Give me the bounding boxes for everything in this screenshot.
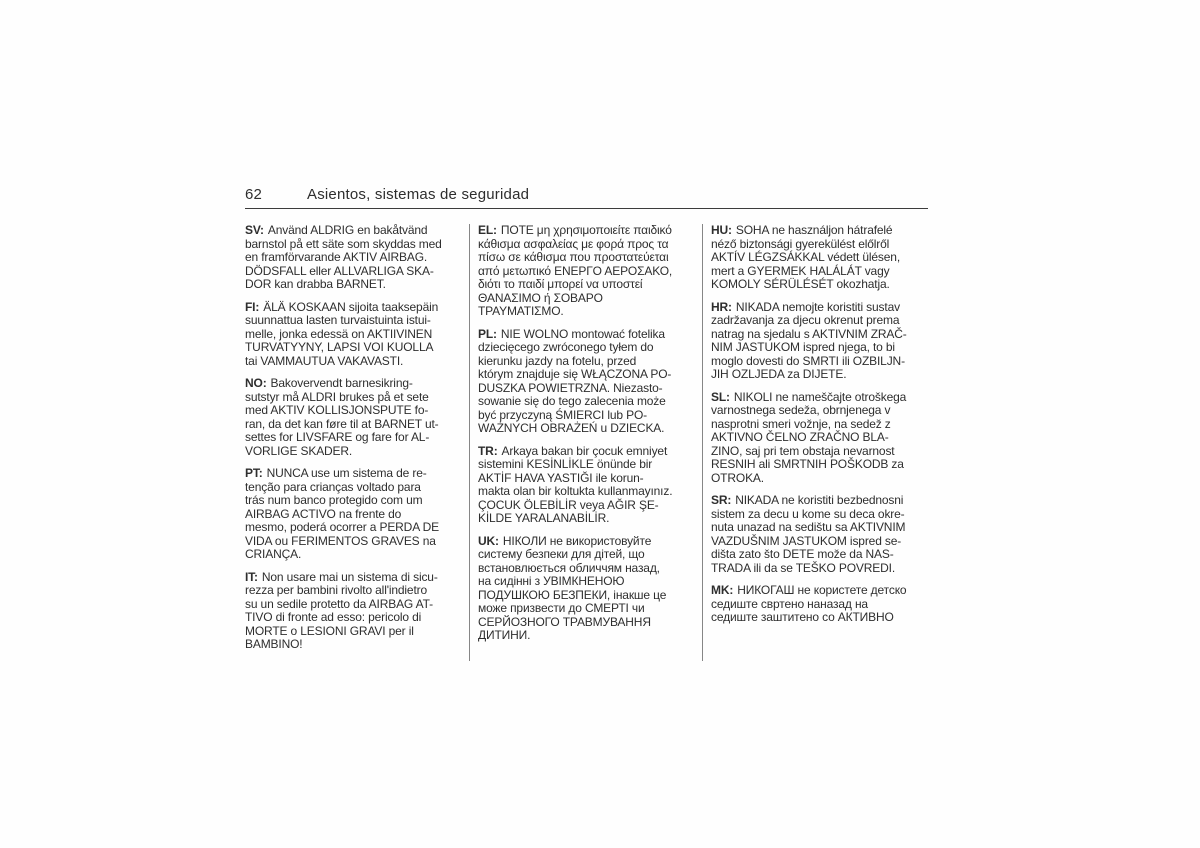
warning-text-lines: κάθισμα ασφαλείας με φορά προς τα πίσω σ… — [478, 238, 695, 319]
warning-text-lines: tenção para crianças voltado para trás n… — [245, 481, 462, 562]
warning-paragraph-hr: HR:NIKADA nemojte koristiti sustavzadrža… — [711, 301, 928, 382]
language-code: TR: — [478, 444, 498, 458]
warning-text-lines: sistemini KESİNLİKLE önünde bir AKTİF HA… — [478, 458, 695, 526]
warning-text-lines: suunnattua lasten turvaistuinta istui- m… — [245, 314, 462, 368]
warning-text-lines: barnstol på ett säte som skyddas med en … — [245, 238, 462, 292]
language-code: SR: — [711, 493, 731, 507]
warning-column-3: HU:SOHA ne használjon hátrafelénéző bizt… — [702, 224, 928, 661]
warning-columns: SV:Använd ALDRIG en bakåtvändbarnstol på… — [245, 224, 928, 661]
warning-text-lines: zadržavanja za djecu okrenut prema natra… — [711, 314, 928, 382]
warning-first-line: Använd ALDRIG en bakåtvänd — [268, 223, 428, 237]
warning-first-line: NIKADA ne koristiti bezbednosni — [735, 493, 903, 507]
language-code: EL: — [478, 223, 497, 237]
language-code: PT: — [245, 466, 263, 480]
language-code: FI: — [245, 300, 259, 314]
warning-paragraph-hu: HU:SOHA ne használjon hátrafelénéző bizt… — [711, 224, 928, 292]
warning-first-line: НІКОЛИ не використовуйте — [503, 534, 651, 548]
manual-page-background: { "colors": { "ink": "#2e2e2e", "divider… — [0, 0, 1200, 848]
warning-paragraph-sl: SL:NIKOLI ne nameščajte otroškegavarnost… — [711, 391, 928, 486]
warning-text-lines: rezza per bambini rivolto all'indietro s… — [245, 584, 462, 652]
warning-first-line: НИКОГАШ не користете детско — [737, 583, 906, 597]
warning-text-lines: varnostnega sedeža, obrnjenega v nasprot… — [711, 404, 928, 485]
page-content: 62 Asientos, sistemas de seguridad SV:An… — [245, 186, 928, 661]
warning-column-2: EL:ΠΟΤΕ μη χρησιμοποιείτε παιδικόκάθισμα… — [469, 224, 695, 661]
warning-first-line: ΠΟΤΕ μη χρησιμοποιείτε παιδικό — [501, 223, 672, 237]
language-code: PL: — [478, 327, 497, 341]
language-code: HU: — [711, 223, 732, 237]
language-code: HR: — [711, 300, 732, 314]
warning-first-line: Non usare mai un sistema di sicu- — [262, 570, 438, 584]
warning-paragraph-uk: UK:НІКОЛИ не використовуйтесистему безпе… — [478, 535, 695, 643]
language-code: NO: — [245, 376, 267, 390]
warning-paragraph-mk: MK:НИКОГАШ не користете детскоседиште св… — [711, 584, 928, 625]
warning-text-lines: néző biztonsági gyerekülést előlről AKTÍ… — [711, 238, 928, 292]
warning-text-lines: систему безпеки для дітей, що встановлює… — [478, 548, 695, 643]
warning-first-line: NUNCA use um sistema de re- — [267, 466, 427, 480]
warning-first-line: Bakovervendt barnesikring- — [271, 376, 413, 390]
warning-paragraph-tr: TR:Arkaya bakan bir çocuk emniyetsistemi… — [478, 445, 695, 526]
language-code: SL: — [711, 390, 730, 404]
warning-paragraph-el: EL:ΠΟΤΕ μη χρησιμοποιείτε παιδικόκάθισμα… — [478, 224, 695, 319]
warning-first-line: NIKADA nemojte koristiti sustav — [736, 300, 900, 314]
language-code: UK: — [478, 534, 499, 548]
warning-paragraph-sr: SR:NIKADA ne koristiti bezbednosnisistem… — [711, 494, 928, 575]
page-number: 62 — [245, 186, 307, 203]
language-code: IT: — [245, 570, 258, 584]
page-header: 62 Asientos, sistemas de seguridad — [245, 186, 928, 209]
warning-paragraph-no: NO:Bakovervendt barnesikring-sutstyr må … — [245, 377, 462, 458]
warning-first-line: Arkaya bakan bir çocuk emniyet — [502, 444, 668, 458]
warning-first-line: NIKOLI ne nameščajte otroškega — [734, 390, 906, 404]
warning-first-line: NIE WOLNO montować fotelika — [501, 327, 665, 341]
warning-paragraph-fi: FI:ÄLÄ KOSKAAN sijoita taaksepäinsuunnat… — [245, 301, 462, 369]
warning-first-line: ÄLÄ KOSKAAN sijoita taaksepäin — [263, 300, 438, 314]
warning-column-1: SV:Använd ALDRIG en bakåtvändbarnstol på… — [245, 224, 462, 661]
warning-text-lines: dziecięcego zwróconego tyłem do kierunku… — [478, 341, 695, 436]
warning-paragraph-pl: PL:NIE WOLNO montować fotelikadziecięceg… — [478, 328, 695, 436]
language-code: MK: — [711, 583, 733, 597]
warning-paragraph-pt: PT:NUNCA use um sistema de re-tenção par… — [245, 467, 462, 562]
warning-paragraph-sv: SV:Använd ALDRIG en bakåtvändbarnstol på… — [245, 224, 462, 292]
warning-paragraph-it: IT:Non usare mai un sistema di sicu-rezz… — [245, 571, 462, 652]
warning-text-lines: sutstyr må ALDRI brukes på et sete med A… — [245, 391, 462, 459]
language-code: SV: — [245, 223, 264, 237]
warning-text-lines: sistem za decu u kome su deca okre- nuta… — [711, 508, 928, 576]
page-title: Asientos, sistemas de seguridad — [307, 186, 529, 203]
warning-text-lines: седиште свртено наназад на седиште зашти… — [711, 598, 928, 625]
warning-first-line: SOHA ne használjon hátrafelé — [736, 223, 893, 237]
